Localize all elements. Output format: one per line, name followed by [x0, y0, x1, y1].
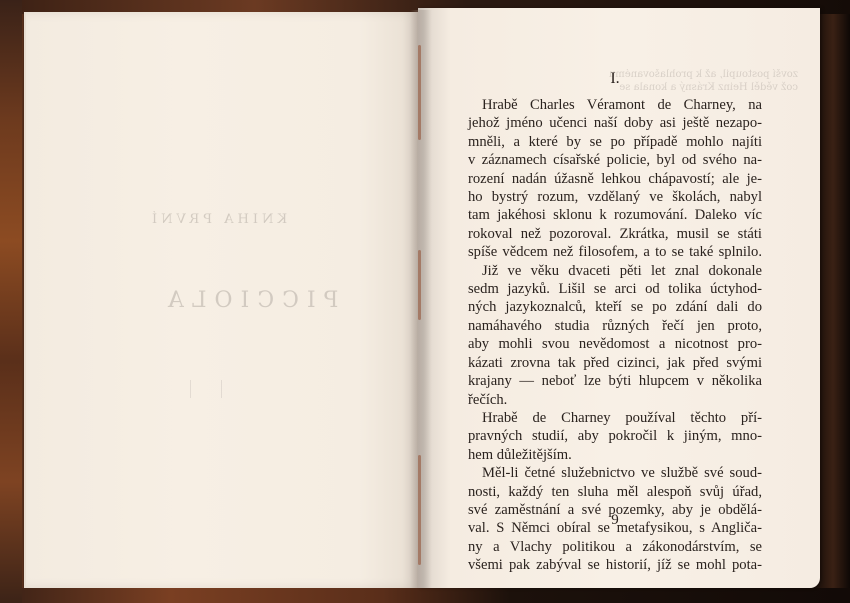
body-text: Hrabě Charles Véramont de Charney, najeh… — [468, 96, 762, 575]
book-gutter — [410, 10, 432, 588]
text-line: ny a Vlachy politikou a zákonodárstvím, … — [468, 538, 762, 556]
binding-thread — [418, 455, 421, 565]
cover-bottom-edge — [0, 588, 850, 603]
text-line: ho bystrý rozum, vzdělaný ve školách, na… — [468, 188, 762, 206]
text-line: krajany — neboť lze býti hlupcem v někol… — [468, 372, 762, 390]
text-line: rokoval než pozoroval. Zkrátka, musil se… — [468, 225, 762, 243]
cover-left-edge — [0, 0, 22, 603]
chapter-heading: I. — [468, 70, 762, 88]
text-line: tam jakéhosi sklonu k rozumování. Daleko… — [468, 206, 762, 224]
text-line: ných jazykoznalců, kteří se po zdání dal… — [468, 298, 762, 316]
text-line: kázati zrovna tak před cizinci, jak před… — [468, 354, 762, 372]
text-line: řečích. — [468, 391, 762, 409]
text-line: Hrabě de Charney používal těchto pří- — [468, 409, 762, 427]
text-line: Již ve věku dvaceti pěti let znal dokona… — [468, 262, 762, 280]
text-line: rození nadán úžasně lehkou chápavostí; a… — [468, 170, 762, 188]
left-page-showthrough-ornament — [190, 380, 222, 398]
text-line: Hrabě Charles Véramont de Charney, na — [468, 96, 762, 114]
page-number: 9 — [468, 512, 762, 529]
text-line: všemi pak zabýval se historií, jíž se mo… — [468, 556, 762, 574]
text-line: mněli, a které by se po případě mohlo na… — [468, 133, 762, 151]
left-page-showthrough-title: PICCIOLA — [160, 288, 338, 313]
left-page-showthrough-part: KNIHA PRVNÍ — [148, 212, 287, 227]
text-line: namáhavého studia různých řečí jen proto… — [468, 317, 762, 335]
binding-thread — [418, 250, 421, 320]
text-line: aby mohli svou nevědomost a nicotnost pr… — [468, 335, 762, 353]
text-line: spíše vědcem než filosofem, a to se také… — [468, 243, 762, 261]
text-line: Měl-li četné služebnictvo ve službě své … — [468, 464, 762, 482]
binding-thread — [418, 45, 421, 140]
text-line: pravných studií, aby pokročil k jiným, m… — [468, 427, 762, 445]
text-line: jehož jméno učenci naší doby asi ještě n… — [468, 114, 762, 132]
text-line: sedm jazyků. Lišil se arci od tolika úct… — [468, 280, 762, 298]
text-line: nosti, každý ten sluha měl alespoň svůj … — [468, 483, 762, 501]
text-line: v záznamech císařské policie, byl od své… — [468, 151, 762, 169]
text-line: hem důležitějším. — [468, 446, 762, 464]
